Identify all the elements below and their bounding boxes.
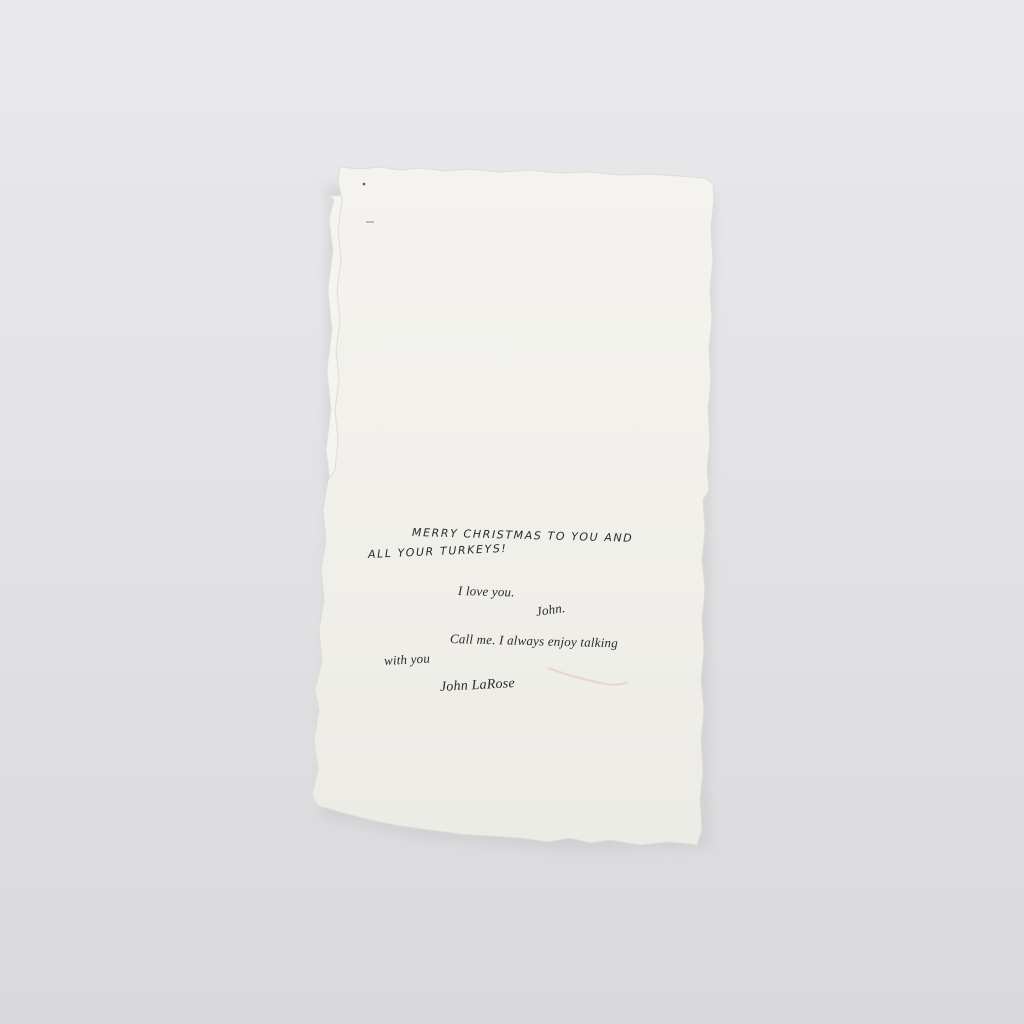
card-front-sheet (312, 167, 714, 845)
photo-scene: Merry Christmas to you and all your Turk… (0, 0, 1024, 1024)
ink-dot (363, 183, 366, 186)
card-paper (0, 0, 1024, 1024)
